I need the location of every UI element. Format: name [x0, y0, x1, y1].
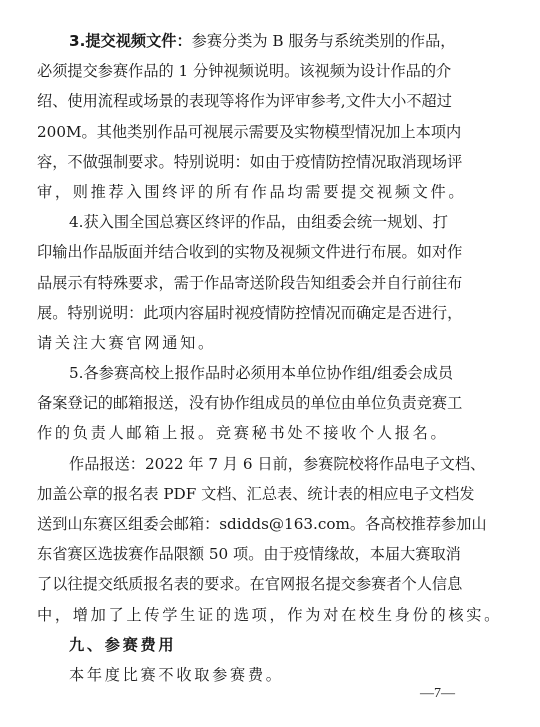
document-page: 3.提交视频文件：参赛分类为 B 服务与系统类别的作品， 必须提交参赛作品的 1… — [37, 26, 479, 690]
paragraph-item5-line-3: 作的负责人邮箱上报。竞赛秘书处不接收个人报名。 — [37, 418, 479, 448]
paragraph-item4-line-1: 4.获入围全国总赛区终评的作品，由组委会统一规划、打 — [37, 207, 479, 237]
paragraph-submission-line-3: 送到山东赛区组委会邮箱：sdidds@163.com。各高校推荐参加山 — [37, 509, 479, 539]
paragraph-item3-line-4: 200M。其他类别作品可视展示需要及实物模型情况加上本项内 — [37, 117, 479, 147]
paragraph-submission-line-2: 加盖公章的报名表 PDF 文档、汇总表、统计表的相应电子文档发 — [37, 479, 479, 509]
paragraph-item4-line-2: 印输出作品版面并结合收到的实物及视频文件进行布展。如对作 — [37, 237, 479, 267]
paragraph-submission-line-4: 东省赛区选拔赛作品限额 50 项。由于疫情缘故，本届大赛取消 — [37, 539, 479, 569]
paragraph-submission-line-1: 作品报送：2022 年 7 月 6 日前，参赛院校将作品电子文档、 — [37, 449, 479, 479]
section9-body: 本年度比赛不收取参赛费。 — [37, 660, 479, 690]
paragraph-item3-line-3: 绍、使用流程或场景的表现等将作为评审参考,文件大小不超过 — [37, 86, 479, 116]
item3-bold-lead: 3.提交视频文件： — [69, 32, 192, 50]
section9-heading: 九、参赛费用 — [37, 630, 479, 660]
paragraph-item4-line-3: 品展示有特殊要求，需于作品寄送阶段告知组委会并自行前往布 — [37, 268, 479, 298]
paragraph-item4-line-5: 请关注大赛官网通知。 — [37, 328, 479, 358]
paragraph-item5-line-2: 备案登记的邮箱报送，没有协作组成员的单位由单位负责竞赛工 — [37, 388, 479, 418]
page-number: —7— — [420, 686, 455, 702]
paragraph-item3-line-2: 必须提交参赛作品的 1 分钟视频说明。该视频为设计作品的介 — [37, 56, 479, 86]
paragraph-submission-line-5: 了以往提交纸质报名表的要求。在官网报名提交参赛者个人信息 — [37, 569, 479, 599]
paragraph-item4-line-4: 展。特别说明：此项内容届时视疫情防控情况而确定是否进行， — [37, 298, 479, 328]
paragraph-item3-line-6: 审，则推荐入围终评的所有作品均需要提交视频文件。 — [37, 177, 479, 207]
paragraph-item3-line-5: 容，不做强制要求。特别说明：如由于疫情防控情况取消现场评 — [37, 147, 479, 177]
paragraph-item5-line-1: 5.各参赛高校上报作品时必须用本单位协作组/组委会成员 — [37, 358, 479, 388]
paragraph-item3-line-1: 3.提交视频文件：参赛分类为 B 服务与系统类别的作品， — [37, 26, 479, 56]
item3-first-line-rest: 参赛分类为 B 服务与系统类别的作品， — [192, 32, 456, 50]
paragraph-submission-line-6: 中，增加了上传学生证的选项，作为对在校生身份的核实。 — [37, 600, 479, 630]
